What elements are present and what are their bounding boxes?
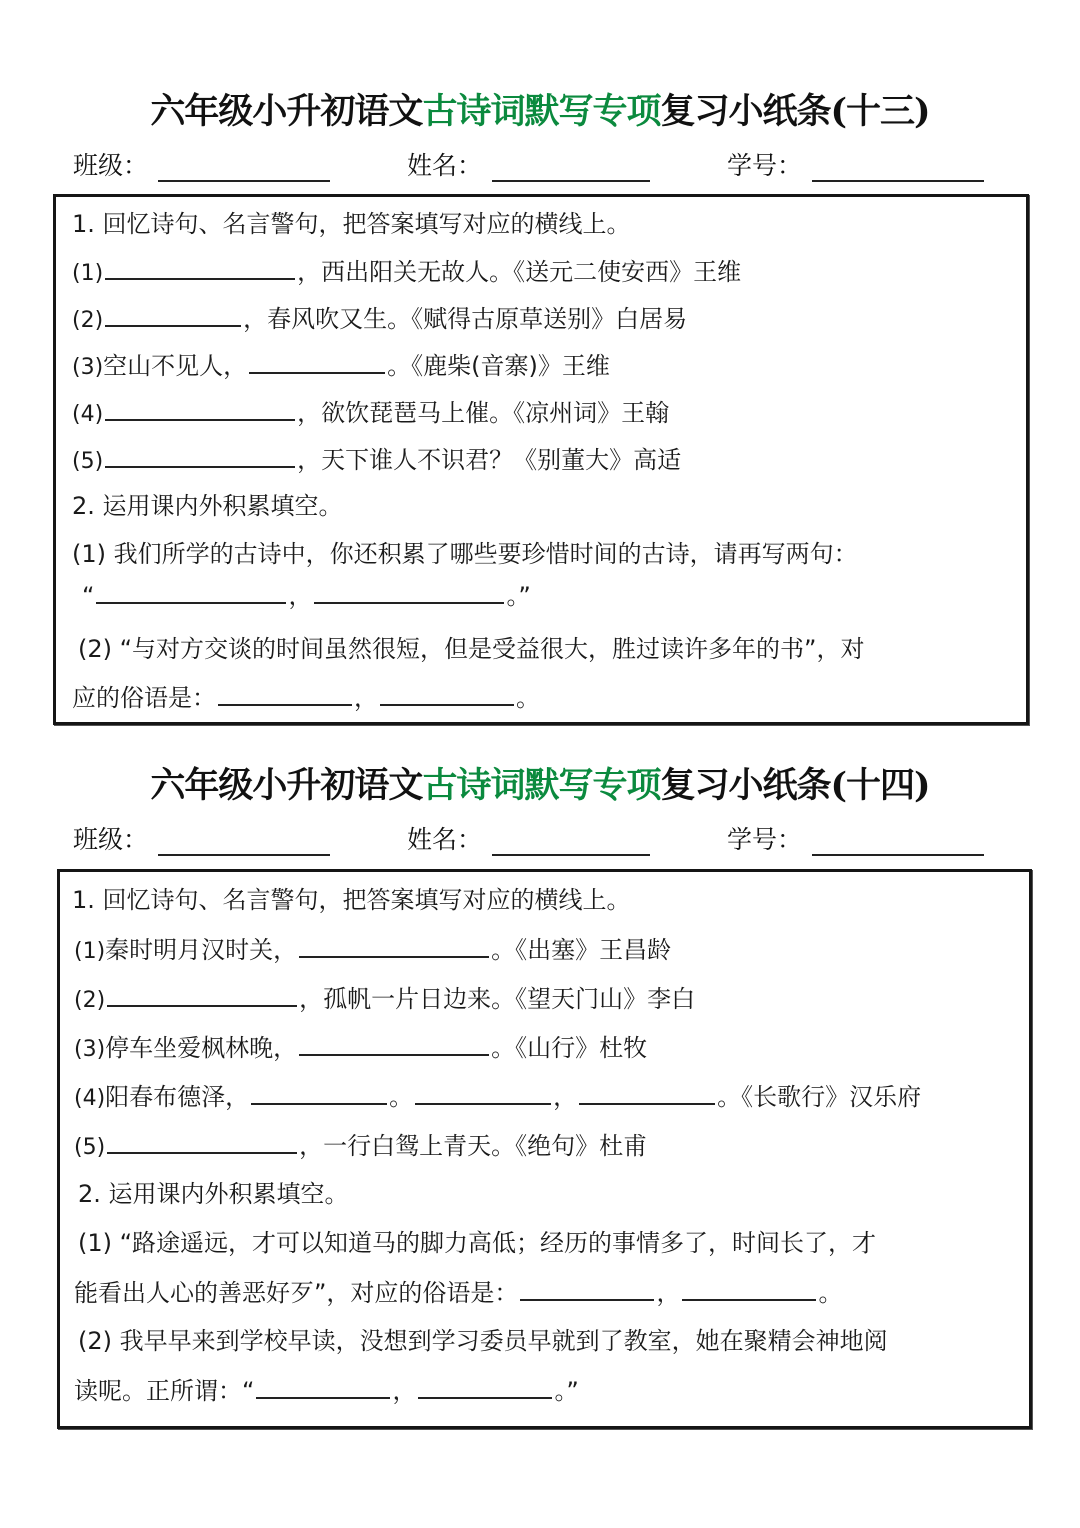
q2-heading: 2. 运用课内外积累填空。 [72, 491, 343, 521]
answer-blank[interactable] [520, 1277, 654, 1301]
title-highlight: 古诗词默写专项 [422, 765, 660, 806]
q2-item-text: (1) 我们所学的古诗中，你还积累了哪些要珍惜时间的古诗，请再写两句： [72, 539, 858, 569]
sheet-title: 六年级小升初语文古诗词默写专项复习小纸条(十四) [0, 758, 1080, 808]
class-label: 班级： [73, 151, 148, 180]
q1-item: (2)，春风吹又生。《赋得古原草送别》白居易 [72, 303, 687, 336]
name-label: 姓名： [407, 151, 482, 180]
q2-item-text: (2) “与对方交谈的时间虽然很短，但是受益很大，胜过读许多年的书”，对 [78, 634, 865, 664]
answer-blank[interactable] [105, 256, 295, 280]
answer-blank[interactable] [251, 1081, 387, 1105]
q1-item: (1)，西出阳关无故人。《送元二使安西》王维 [72, 256, 741, 289]
answer-blank[interactable] [415, 1081, 551, 1105]
student-id-field[interactable] [812, 828, 984, 856]
class-label: 班级： [73, 825, 148, 854]
q2-item-text: (1) “路途遥远，才可以知道马的脚力高低；经历的事情多了，时间长了，才 [78, 1228, 876, 1258]
answer-blank[interactable] [249, 350, 385, 374]
question-box: 1. 回忆诗句、名言警句，把答案填写对应的横线上。 (1)秦时明月汉时关，。《出… [57, 869, 1032, 1429]
q1-item: (4)，欲饮琵琶马上催。《凉州词》王翰 [72, 397, 669, 430]
answer-blank[interactable] [380, 682, 514, 706]
q1-item: (1)秦时明月汉时关，。《出塞》王昌龄 [74, 934, 671, 967]
q2-item-answer: 能看出人心的善恶好歹”，对应的俗语是：，。 [74, 1277, 842, 1308]
answer-blank[interactable] [107, 983, 297, 1007]
q2-item-text: (2) 我早早来到学校早读，没想到学习委员早就到了教室，她在聚精会神地阅 [78, 1326, 888, 1356]
answer-blank[interactable] [218, 682, 352, 706]
q1-item: (2)，孤帆一片日边来。《望天门山》李白 [74, 983, 695, 1016]
answer-blank[interactable] [299, 1032, 489, 1056]
answer-blank[interactable] [256, 1375, 390, 1399]
answer-blank[interactable] [96, 580, 286, 604]
q2-item-answer: 读呢。正所谓：“，。” [74, 1375, 579, 1406]
q1-item: (3)空山不见人，。《鹿柴(音寨)》王维 [72, 350, 610, 383]
answer-blank[interactable] [105, 303, 241, 327]
q1-item: (5)，天下谁人不识君？《别董大》高适 [72, 444, 681, 477]
student-id-label: 学号： [727, 151, 802, 180]
student-info-row: 班级： 姓名： 学号： [0, 820, 1080, 860]
q1-item: (5)，一行白鸳上青天。《绝句》杜甫 [74, 1130, 647, 1163]
student-id-field[interactable] [812, 154, 984, 182]
answer-blank[interactable] [579, 1081, 715, 1105]
name-field[interactable] [492, 828, 650, 856]
q1-heading: 1. 回忆诗句、名言警句，把答案填写对应的横线上。 [72, 209, 631, 239]
q1-item: (4)阳春布德泽，。，。《长歌行》汉乐府 [74, 1081, 921, 1114]
name-label: 姓名： [407, 825, 482, 854]
q2-item-answer: 应的俗语是：，。 [72, 682, 540, 713]
student-info-row: 班级： 姓名： 学号： [0, 146, 1080, 186]
class-field[interactable] [158, 154, 330, 182]
answer-blank[interactable] [682, 1277, 816, 1301]
answer-blank[interactable] [314, 580, 504, 604]
answer-blank[interactable] [299, 934, 489, 958]
student-id-label: 学号： [727, 825, 802, 854]
q1-heading: 1. 回忆诗句、名言警句，把答案填写对应的横线上。 [72, 885, 631, 915]
q2-item-answer: “，。” [82, 580, 531, 611]
class-field[interactable] [158, 828, 330, 856]
answer-blank[interactable] [107, 1130, 297, 1154]
q1-item: (3)停车坐爱枫林晚，。《山行》杜牧 [74, 1032, 647, 1065]
answer-blank[interactable] [105, 397, 295, 421]
title-highlight: 古诗词默写专项 [422, 91, 660, 132]
name-field[interactable] [492, 154, 650, 182]
answer-blank[interactable] [105, 444, 295, 468]
sheet-title: 六年级小升初语文古诗词默写专项复习小纸条(十三) [0, 84, 1080, 134]
question-box: 1. 回忆诗句、名言警句，把答案填写对应的横线上。 (1)，西出阳关无故人。《送… [53, 194, 1029, 725]
answer-blank[interactable] [418, 1375, 552, 1399]
q2-heading: 2. 运用课内外积累填空。 [78, 1179, 349, 1209]
